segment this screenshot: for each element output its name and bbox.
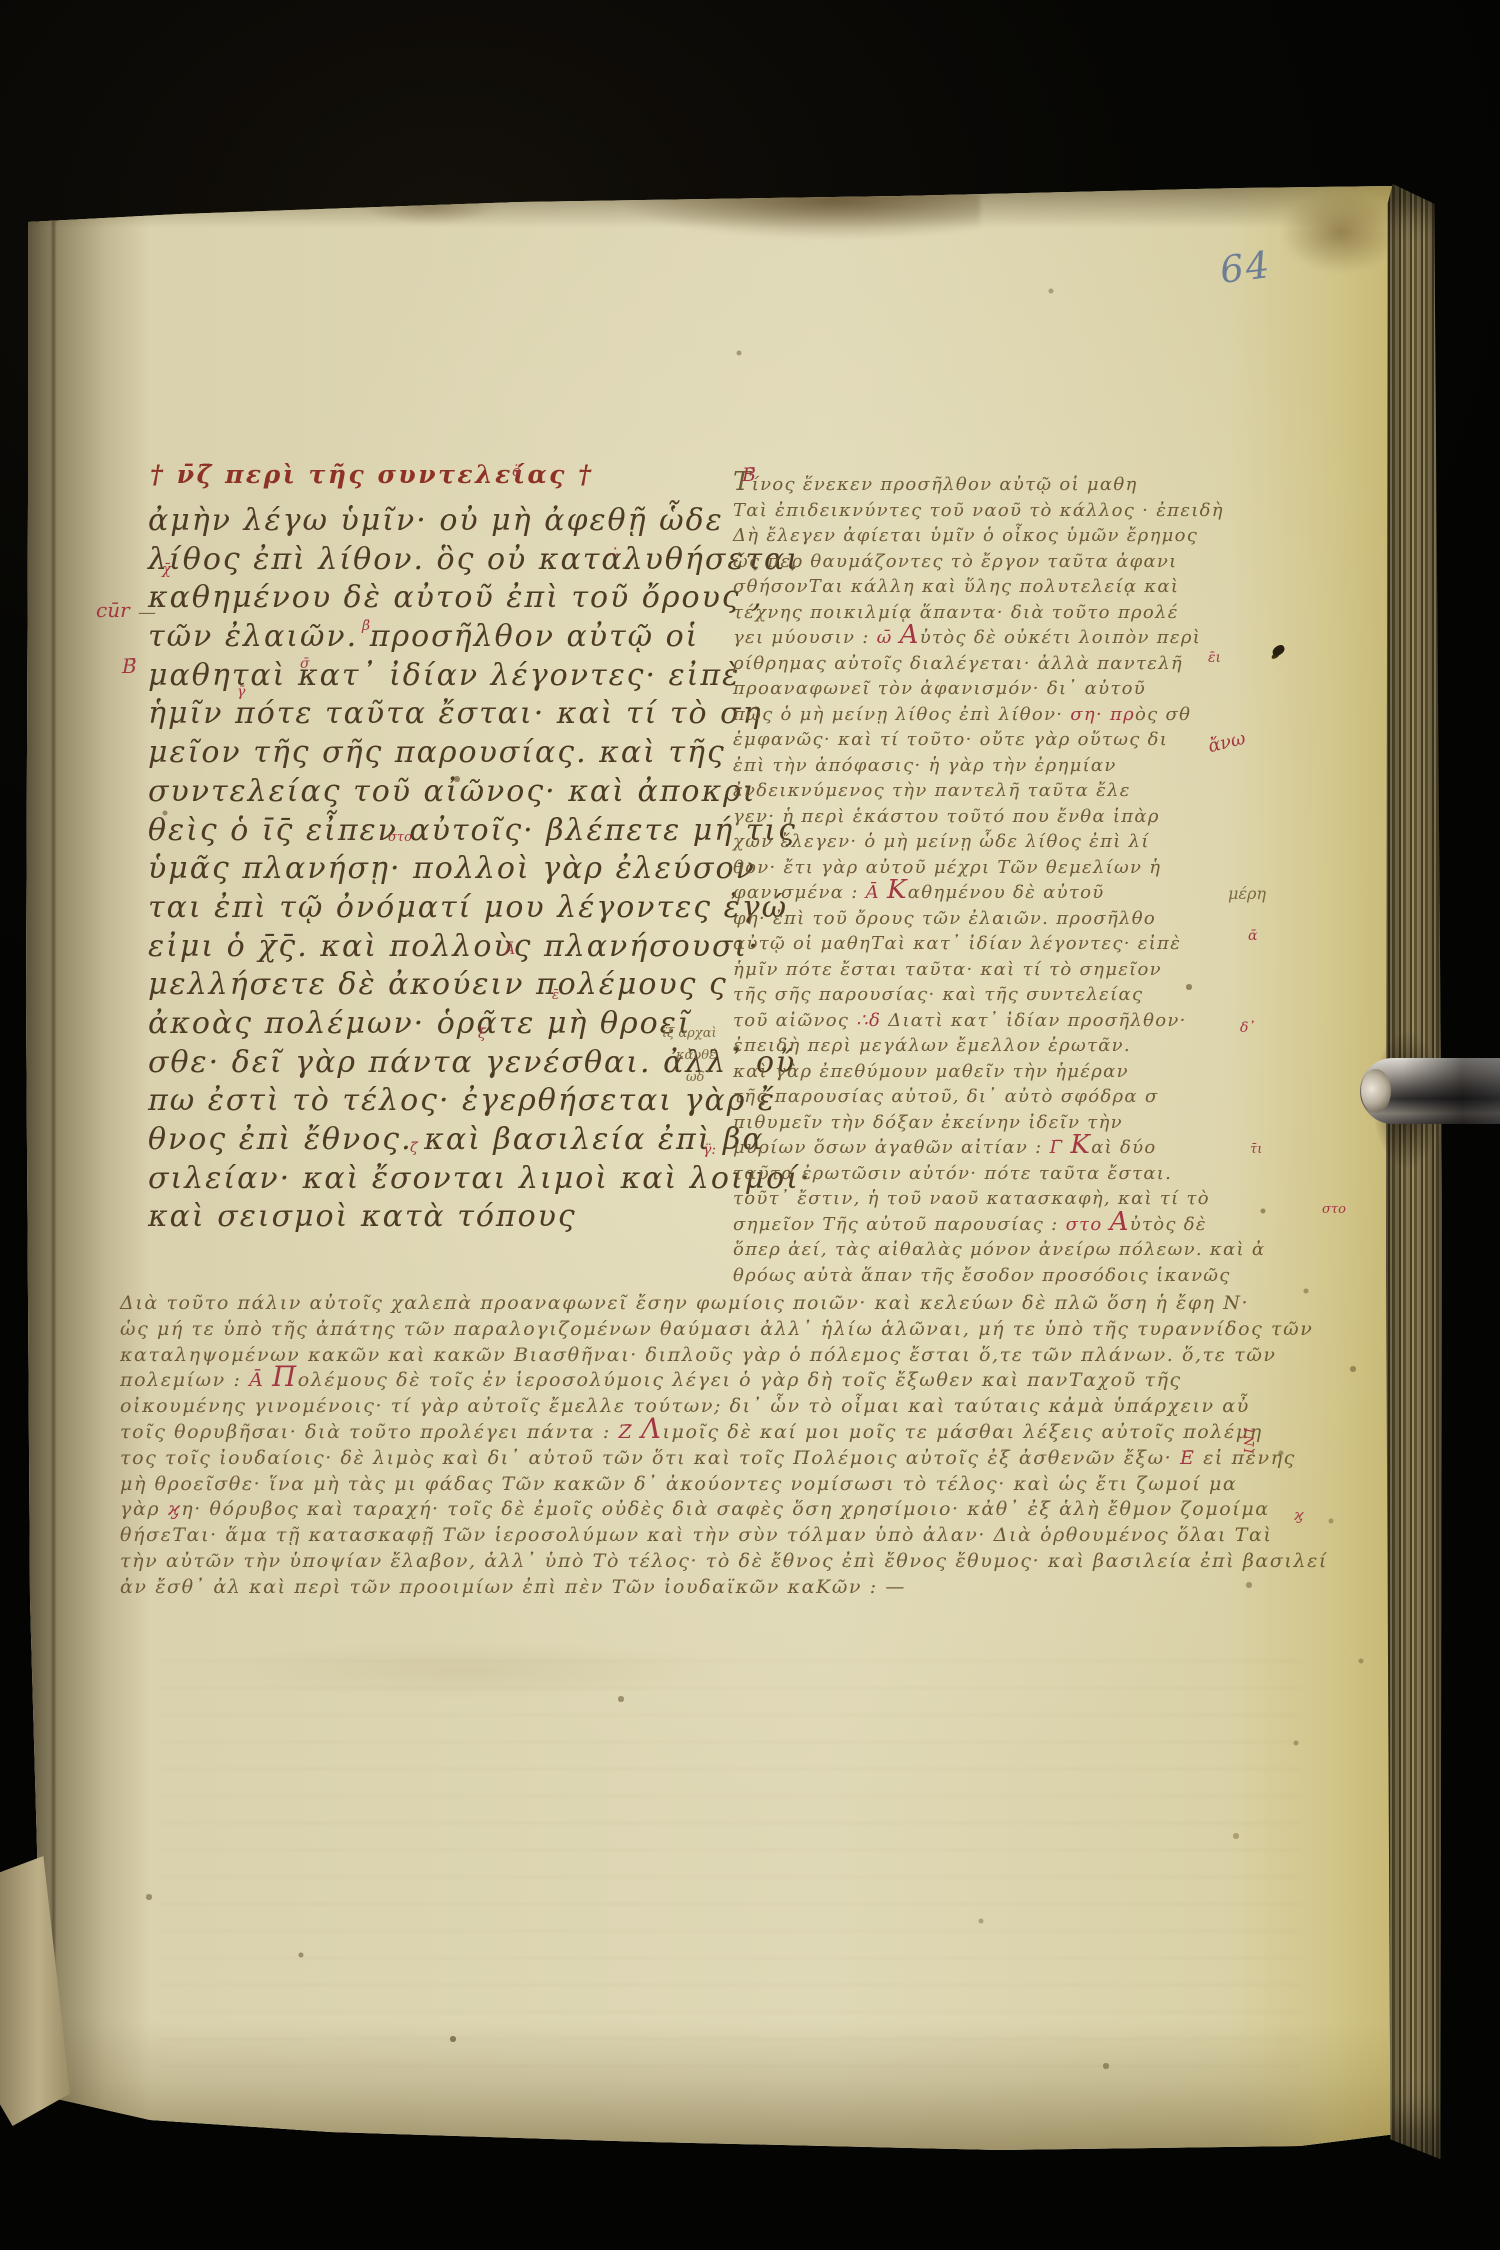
commentary-bottom-block: Διὰ τοῦτο πάλιν αὐτοῖς χαλεπὰ προαναφωνε… xyxy=(120,1292,1350,1602)
commentary-column: Τίνος ἕνεκεν προσῆλθον αὐτῷ οἱ μαθηΤαὶ ἐ… xyxy=(733,474,1233,1290)
manuscript-text-line: προαναφωνεῖ τὸν ἀφανισμόν· δι᾽ αὐτοῦ xyxy=(733,678,1233,704)
right-margin-mark: τ̄ι xyxy=(1250,1142,1262,1157)
right-margin-note-mere: μέρη xyxy=(1228,884,1266,903)
book-fore-edge-leaves xyxy=(1386,184,1442,2159)
manuscript-text-line: σημεῖον Τῆς αὐτοῦ παρουσίας : στο Αὐτὸς … xyxy=(733,1214,1233,1240)
manuscript-text-line: συντελείας τοῦ αἰῶνος· καὶ ἀποκρι xyxy=(148,774,708,813)
right-margin-mark: ϗ xyxy=(1294,1506,1303,1524)
parchment-stain xyxy=(360,190,500,224)
manuscript-text-line: ὥς περ θαυμάζοντες τὸ ἔργον ταῦτα ἀφανι xyxy=(733,551,1233,577)
photo-background: 64 † ν̄ζ̄ περὶ τῆς συντελείας † ἀμὴν λέγ… xyxy=(0,0,1500,2250)
chapter-heading-rubric: † ν̄ζ̄ περὶ τῆς συντελείας † xyxy=(150,460,594,489)
manuscript-text-line: φανισμένα : Ᾱ Καθημένου δὲ αὐτοῦ xyxy=(733,882,1233,908)
manuscript-text-line: μὴ θροεῖσθε· ἵνα μὴ τὰς μι φάδας Τῶν κακ… xyxy=(120,1473,1350,1499)
margin-note-cur: cūr xyxy=(96,598,130,622)
intercolumn-note: ϊξ ἀρχαὶ xyxy=(662,1026,717,1041)
manuscript-text-line: τοῖς θορυβῆσαι· διὰ τοῦτο προλέγει πάντα… xyxy=(120,1421,1350,1447)
manuscript-text-line: θνος ἐπὶ ἔθνος. καὶ βασιλεία ἐπὶ βα xyxy=(148,1122,708,1161)
rubric-mark: στο xyxy=(388,830,412,845)
manuscript-text-line: ἀκοὰς πολέμων· ὁρᾶτε μὴ θροεῖ xyxy=(148,1006,708,1045)
verso-text-showthrough xyxy=(160,1660,1300,2090)
manuscript-text-line: τέχνης ποικιλμίᾳ ἅπαντα· διὰ τοῦτο προλέ xyxy=(733,602,1233,628)
manuscript-text-line: ἡμῖν πότε ἔσται ταῦτα· καὶ τί τὸ σημεῖον xyxy=(733,959,1233,985)
rubric-mark: γ̄ xyxy=(237,684,245,700)
manuscript-text-line: θον· ἔτι γὰρ αὐτοῦ μέχρι Τῶν θεμελίων ἡ xyxy=(733,857,1233,883)
manuscript-text-line: ἀν ἔσθ᾽ ἀλ καὶ περὶ τῶν προοιμίων ἐπὶ πὲ… xyxy=(120,1576,1350,1602)
manuscript-text-line: τος τοῖς ἰουδαίοις· δὲ λιμὸς καὶ δι᾽ αὐτ… xyxy=(120,1447,1350,1473)
right-margin-mark: δ᾽ xyxy=(1240,1020,1255,1036)
manuscript-text-line: ὅπερ ἀεί, τὰς αἰθαλὰς μόνον ἀνείρω πόλεω… xyxy=(733,1239,1233,1265)
manuscript-text-line: εἰμι ὁ χ̄ς̄. καὶ πολλοὺς πλανήσουσι· xyxy=(148,929,708,968)
folio-number: 64 xyxy=(1218,243,1274,292)
manuscript-text-line: γει μύουσιν : ω̄ Αὐτὸς δὲ οὐκέτι λοιπὸν … xyxy=(733,627,1233,653)
manuscript-text-line: θρόως αὐτὰ ἅπαν τῆς ἔσοδον προσόδοις ἱκα… xyxy=(733,1265,1233,1291)
column-section-letter: Β̄ xyxy=(742,464,756,486)
manuscript-text-line: γεν· ἡ περὶ ἑκάστου τοῦτό που ἔνθα ἱπὰρ xyxy=(733,806,1233,832)
page-bottom-shadow xyxy=(0,2020,1500,2155)
intercolumn-note: ωδ᾽ xyxy=(686,1070,711,1085)
page-weight-rod xyxy=(1360,1058,1500,1124)
rubric-mark: Ᾱ xyxy=(505,942,515,958)
parchment-stain xyxy=(210,1640,730,1700)
gospel-text-column: ἀμὴν λέγω ὑμῖν· οὐ μὴ ἀφεθῇ ὧδελίθος ἐπὶ… xyxy=(148,503,708,1238)
manuscript-text-line: ἡμῖν πότε ταῦτα ἔσται· καὶ τί τὸ ση xyxy=(148,696,708,735)
margin-section-letter: Β̄ xyxy=(122,654,137,678)
manuscript-text-line: τῆς παρουσίας αὐτοῦ, δι᾽ αὐτὸ σφόδρα σ xyxy=(733,1086,1233,1112)
manuscript-text-line: ἐπειδὴ περὶ μεγάλων ἔμελλον ἐρωτᾶν. xyxy=(733,1035,1233,1061)
manuscript-text-line: θήσεΤαι· ἅμα τῇ κατασκαφῇ Τῶν ἱεροσολύμω… xyxy=(120,1524,1350,1550)
manuscript-text-line: ταῦτα ἐρωτῶσιν αὐτόν· πότε ταῦτα ἔσται. xyxy=(733,1163,1233,1189)
manuscript-text-line: ἐπὶ τὴν ἀπόφασις· ἡ γὰρ τὴν ἐρημίαν xyxy=(733,755,1233,781)
manuscript-text-line: Δὴ ἔλεγεν ἀφίεται ὑμῖν ὁ οἶκος ὑμῶν ἔρημ… xyxy=(733,525,1233,551)
right-margin-vertical-note: ΙΝ̄Ι xyxy=(1240,1428,1255,1456)
ink-blot xyxy=(1271,643,1287,657)
manuscript-text-line: καθημένου δὲ αὐτοῦ ἐπὶ τοῦ ὄρους , xyxy=(148,580,708,619)
right-margin-mark: στο xyxy=(1322,1202,1346,1217)
rubric-mark: ζ̈ xyxy=(410,1140,418,1156)
manuscript-text-line: Ταὶ ἐπιδεικνύντες τοῦ ναοῦ τὸ κάλλος · ἐ… xyxy=(733,500,1233,526)
foxing-spots xyxy=(0,0,2,2)
manuscript-text-line: μυρίων ὅσων ἀγαθῶν αἰτίαν : Γ̄ Καὶ δύο xyxy=(733,1137,1233,1163)
gutter-crease xyxy=(52,220,55,2120)
manuscript-text-line: ὑμᾶς πλανήσῃ· πολλοὶ γὰρ ἐλεύσον xyxy=(148,851,708,890)
intercolumn-rubric: γ̈: xyxy=(703,1142,716,1158)
manuscript-text-line: σθε· δεῖ γὰρ πάντα γενέσθαι. ἀλλ᾽ οὔ xyxy=(148,1045,708,1084)
manuscript-text-line: γὰρ ϗη· θόρυβος καὶ ταραχή· τοῖς δὲ ἐμοῖ… xyxy=(120,1498,1350,1524)
manuscript-text-line: τοῦτ᾽ ἔστιν, ἡ τοῦ ναοῦ κατασκαφὴ, καὶ τ… xyxy=(733,1188,1233,1214)
parchment-stain xyxy=(1282,192,1400,272)
rubric-mark: ∴ xyxy=(608,542,618,561)
manuscript-text-line: καὶ σεισμοὶ κατὰ τόπους xyxy=(148,1199,708,1238)
manuscript-text-line: πιθυμεῖν τὴν δόξαν ἐκείνην ἰδεῖν τὴν xyxy=(733,1112,1233,1138)
rubric-mark: β̄ xyxy=(362,618,370,634)
manuscript-text-line: σιλείαν· καὶ ἔσονται λιμοὶ καὶ λοιμοί· xyxy=(148,1161,708,1200)
margin-dash: — xyxy=(138,602,156,623)
manuscript-text-line: καταληψομένων κακῶν καὶ κακῶν Βιασθῆναι·… xyxy=(120,1344,1350,1370)
manuscript-text-line: ρίθρημας αὐτοῖς διαλέγεται· ἀλλὰ παντελῆ xyxy=(733,653,1233,679)
manuscript-text-line: ἐμφανῶς· καὶ τί τοῦτο· οὔτε γὰρ οὕτως δι xyxy=(733,729,1233,755)
rubric-mark: ξ̄ xyxy=(478,1026,486,1042)
manuscript-text-line: σθήσονΤαι κάλλη καὶ ὕλης πολυτελείᾳ καὶ xyxy=(733,576,1233,602)
intercolumn-note: κἀυθέ xyxy=(676,1048,716,1063)
manuscript-text-line: ὡς μή τε ὑπὸ τῆς ἀπάτης τῶν παραλογιζομέ… xyxy=(120,1318,1350,1344)
manuscript-text-line: αὐτῷ οἱ μαθηΤαὶ κατ᾽ ἰδίαν λέγοντες· εἰπ… xyxy=(733,933,1233,959)
manuscript-text-line: μεῖον τῆς σῆς παρουσίας. καὶ τῆς xyxy=(148,735,708,774)
rubric-mark: χ̄ xyxy=(162,560,171,578)
manuscript-text-line: τοῦ αἰῶνος ∴δ Διατὶ κατ᾽ ἰδίαν προσῆλθον… xyxy=(733,1010,1233,1036)
manuscript-text-line: φη· ἐπὶ τοῦ ὄρους τῶν ἐλαιῶν. προσῆλθο xyxy=(733,908,1233,934)
manuscript-text-line: οἰκουμένης γινομένοις· τί γὰρ αὐτοῖς ἔμε… xyxy=(120,1395,1350,1421)
manuscript-text-line: πολεμίων : Ᾱ Πολέμους δὲ τοῖς ἐν ἱεροσολ… xyxy=(120,1369,1350,1395)
manuscript-text-line: τῆς σῆς παρουσίας· καὶ τῆς συντελείας xyxy=(733,984,1233,1010)
manuscript-text-line: χων ἔλεγεν· ὁ μὴ μείνῃ ὧδε λίθος ἐπὶ λί xyxy=(733,831,1233,857)
manuscript-text-line: πῶς ὁ μὴ μείνῃ λίθος ἐπὶ λίθον· ση· πρὸς… xyxy=(733,704,1233,730)
manuscript-text-line: καὶ γὰρ ἐπεθύμουν μαθεῖν τὴν ἡμέραν xyxy=(733,1061,1233,1087)
manuscript-text-line: τὴν αὐτῶν τὴν ὑποψίαν ἔλαβον, ἀλλ᾽ ὑπὸ Τ… xyxy=(120,1550,1350,1576)
parchment-stain xyxy=(620,184,980,240)
rubric-mark: σ̄ xyxy=(300,656,310,672)
rubric-mark: ο̈ xyxy=(512,462,521,480)
rubric-mark: ε̄ xyxy=(552,988,559,1003)
page-top-shadow xyxy=(0,182,1500,228)
manuscript-text-line: μαθηταὶ κατ᾽ ἰδίαν λέγοντες· εἰπὲ xyxy=(148,658,708,697)
manuscript-text-line: πω ἐστὶ τὸ τέλος· ἐγερθήσεται γὰρ ἔ xyxy=(148,1083,708,1122)
manuscript-text-line: ἐνδεικνύμενος τὴν παντελῆ ταῦτα ἔλε xyxy=(733,780,1233,806)
manuscript-text-line: θεὶς ὁ ῑς̄ εἶπεν αὐτοῖς· βλέπετε μή τις xyxy=(148,813,708,852)
right-margin-mark: ε̄ι xyxy=(1208,650,1221,666)
manuscript-page: 64 † ν̄ζ̄ περὶ τῆς συντελείας † ἀμὴν λέγ… xyxy=(0,0,1500,2250)
right-margin-mark: ᾱ xyxy=(1248,928,1257,944)
manuscript-text-line: λίθος ἐπὶ λίθον. ὃς οὐ καταλυθήσεται xyxy=(148,542,708,581)
manuscript-text-line: ται ἐπὶ τῷ ὀνόματί μου λέγοντες ἐγώ xyxy=(148,890,708,929)
manuscript-text-line: ἀμὴν λέγω ὑμῖν· οὐ μὴ ἀφεθῇ ὧδε xyxy=(148,503,708,542)
manuscript-text-line: τῶν ἐλαιῶν. προσῆλθον αὐτῷ οἱ xyxy=(148,619,708,658)
manuscript-text-line: Τίνος ἕνεκεν προσῆλθον αὐτῷ οἱ μαθη xyxy=(733,474,1233,500)
manuscript-text-line: μελλήσετε δὲ ἀκούειν πολέμους ς xyxy=(148,967,708,1006)
manuscript-text-line: Διὰ τοῦτο πάλιν αὐτοῖς χαλεπὰ προαναφωνε… xyxy=(120,1292,1350,1318)
